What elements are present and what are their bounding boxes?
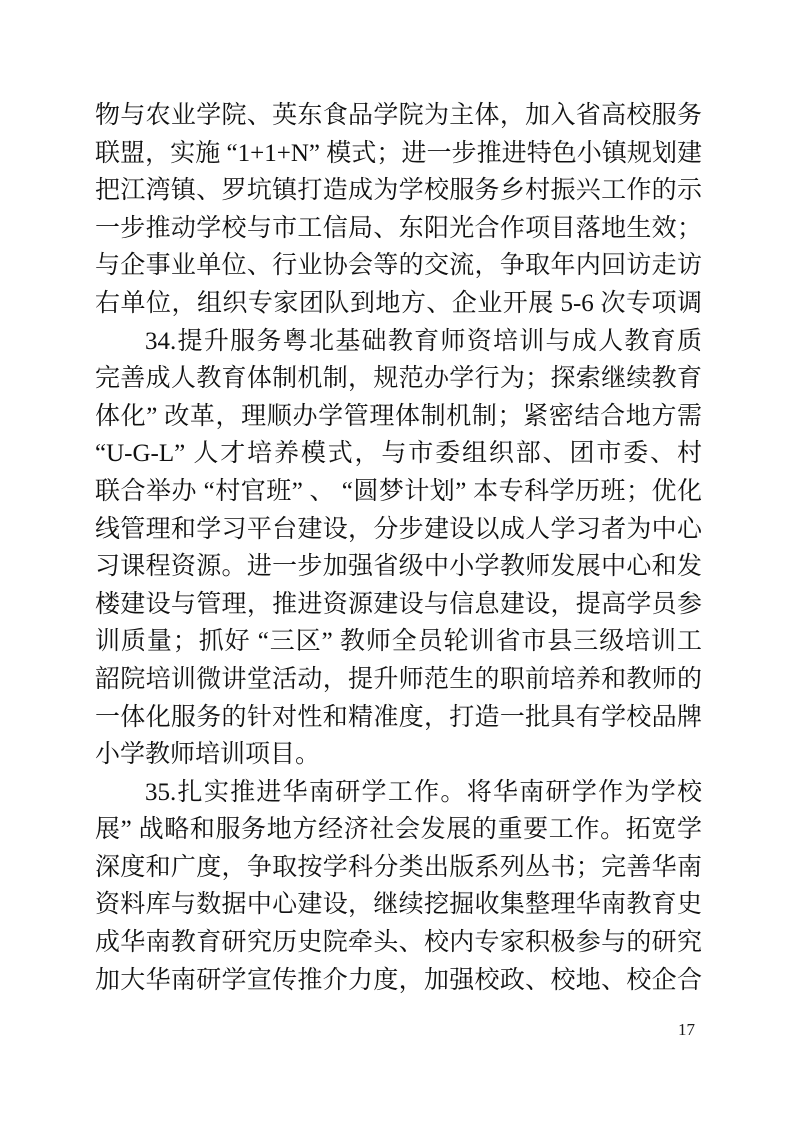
text-line: 资料库与数据中心建设，继续挖掘收集整理华南教育史资料，形 [95, 886, 702, 924]
text-line: 楼建设与管理，推进资源建设与信息建设，提高学员参训率和培 [95, 586, 702, 624]
text-line: 训质量；抓好 “三区” 教师全员轮训省市县三级培训工作，开展 [95, 623, 702, 661]
text-line: “U-G-L” 人才培养模式，与市委组织部、团市委、村（社区） [95, 435, 702, 473]
item-34-heading-line: 34.提升服务粤北基础教育师资培训与成人教育质量。健全 [95, 323, 702, 361]
text-line: 联合举办 “村官班” 、 “圆梦计划” 本专科学历班；优化成教在 [95, 473, 702, 511]
page-number: 17 [678, 1020, 695, 1040]
text-line: 体化” 改革，理顺办学管理体制机制；紧密结合地方需求，创新 [95, 398, 702, 436]
text-line: 物与农业学院、英东食品学院为主体，加入省高校服务乡村振兴 [95, 97, 702, 135]
text-line: 小学教师培训项目。 [95, 736, 702, 774]
item-35-heading-line: 35.扎实推进华南研学工作。将华南研学作为学校 “特色发 [95, 774, 702, 812]
text-line: 成华南教育研究历史院牵头、校内专家积极参与的研究新格局。 [95, 924, 702, 962]
document-body: 物与农业学院、英东食品学院为主体，加入省高校服务乡村振兴 联盟，实施 “1+1+… [95, 97, 702, 999]
text-line: 韶院培训微讲堂活动，提升师范生的职前培养和教师的职后培训 [95, 661, 702, 699]
text-line: 加大华南研学宣传推介力度，加强校政、校地、校企合作共建， [95, 962, 702, 1000]
document-page: 物与农业学院、英东食品学院为主体，加入省高校服务乡村振兴 联盟，实施 “1+1+… [0, 0, 793, 1122]
text-line: 右单位，组织专家团队到地方、企业开展 5-6 次专项调研活动。 [95, 285, 702, 323]
text-line: 与企事业单位、行业协会等的交流，争取年内回访走访 30 个左 [95, 247, 702, 285]
text-line: 线管理和学习平台建设，分步建设以成人学习者为中心的远程学 [95, 511, 702, 549]
text-line: 联盟，实施 “1+1+N” 模式；进一步推进特色小镇规划建设工作， [95, 135, 702, 173]
text-line: 深度和广度，争取按学科分类出版系列丛书；完善华南研学基地 [95, 849, 702, 887]
text-line: 一体化服务的针对性和精准度，打造一批具有学校品牌特色的中 [95, 699, 702, 737]
text-line: 完善成人教育体制机制，规范办学行为；探索继续教育 “管办一 [95, 360, 702, 398]
text-line: 习课程资源。进一步加强省级中小学教师发展中心和发展中心大 [95, 548, 702, 586]
text-line: 把江湾镇、罗坑镇打造成为学校服务乡村振兴工作的示范点；进 [95, 172, 702, 210]
text-line: 一步推动学校与市工信局、东阳光合作项目落地生效；继续加强 [95, 210, 702, 248]
text-line: 展” 战略和服务地方经济社会发展的重要工作。拓宽学科史研究 [95, 811, 702, 849]
